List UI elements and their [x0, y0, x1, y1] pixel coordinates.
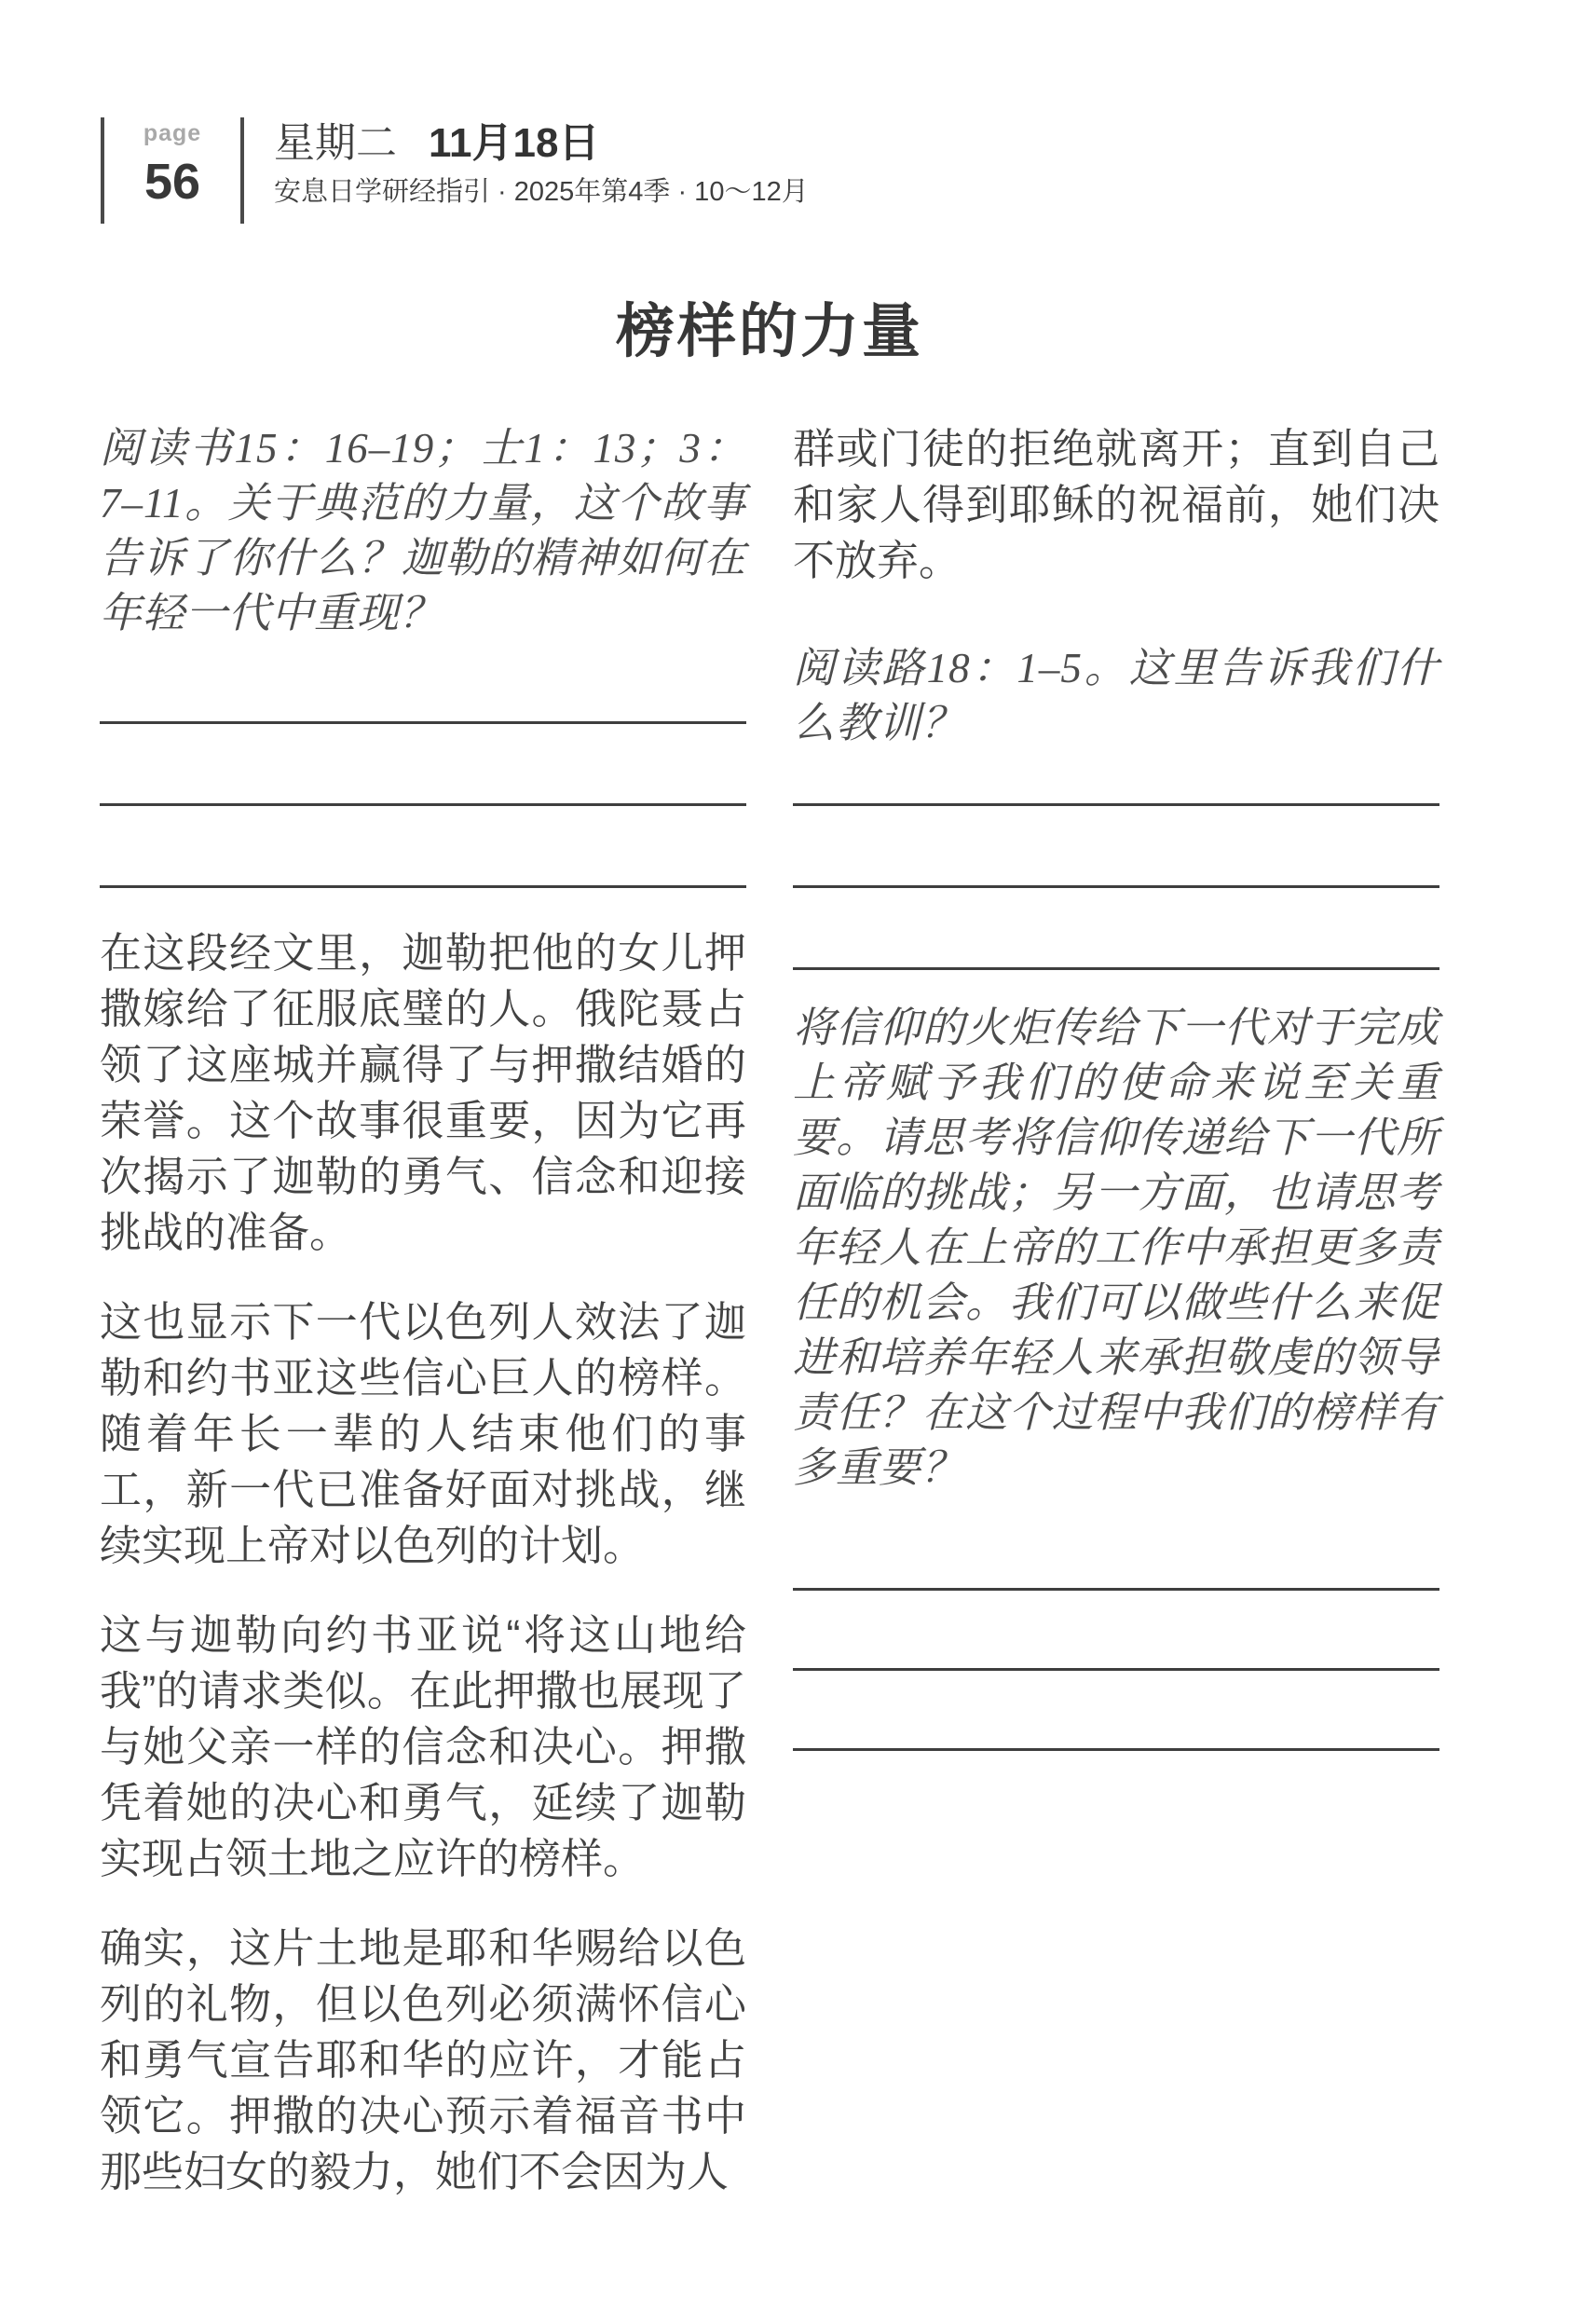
page-number: 56	[144, 153, 200, 211]
header-rule-middle	[240, 117, 244, 224]
right-column: 群或门徒的拒绝就离开；直到自己和家人得到耶稣的祝福前，她们决不放弃。 阅读路18…	[793, 421, 1439, 2200]
answer-line	[793, 751, 1439, 806]
body-paragraph-3: 这与迦勒向约书亚说“将这山地给我”的请求类似。在此押撒也展现了与她父亲一样的信念…	[100, 1607, 746, 1887]
answer-lines-group-2	[793, 751, 1439, 970]
page-label: page	[143, 119, 201, 147]
answer-line	[793, 806, 1439, 888]
date-block: 星期二11月18日 安息日学研经指引 · 2025年第4季 · 10～12月	[274, 117, 809, 224]
body-paragraph-2: 这也显示下一代以色列人效法了迦勒和约书亚这些信心巨人的榜样。随着年长一辈的人结束…	[100, 1294, 746, 1574]
date-label: 11月18日	[429, 120, 599, 166]
page-header: page 56 星期二11月18日 安息日学研经指引 · 2025年第4季 · …	[101, 117, 809, 224]
lesson-title: 榜样的力量	[100, 298, 1439, 365]
question-paragraph-1: 阅读书15：16–19；士1：13；3：7–11。关于典范的力量，这个故事告诉了…	[100, 421, 746, 641]
answer-line	[100, 724, 746, 806]
answer-lines-group-1	[100, 641, 746, 888]
question-paragraph-2: 阅读路18：1–5。这里告诉我们什么教训？	[793, 641, 1439, 751]
reflection-paragraph: 将信仰的火炬传给下一代对于完成上帝赋予我们的使命来说至关重要。请思考将信仰传递给…	[793, 1001, 1439, 1496]
document-page: { "header": { "page_label": "page", "pag…	[0, 0, 1596, 2311]
left-column: 阅读书15：16–19；士1：13；3：7–11。关于典范的力量，这个故事告诉了…	[100, 421, 746, 2200]
answer-line	[793, 888, 1439, 970]
page-number-block: page 56	[104, 117, 240, 224]
weekday-label: 星期二	[274, 120, 397, 166]
answer-line	[793, 1591, 1439, 1671]
content-columns: 阅读书15：16–19；士1：13；3：7–11。关于典范的力量，这个故事告诉了…	[100, 421, 1439, 2200]
continuation-paragraph: 群或门徒的拒绝就离开；直到自己和家人得到耶稣的祝福前，她们决不放弃。	[793, 421, 1439, 589]
answer-line	[793, 1496, 1439, 1591]
publication-label: 安息日学研经指引 · 2025年第4季 · 10～12月	[274, 175, 809, 209]
answer-line	[100, 641, 746, 724]
answer-line	[793, 1671, 1439, 1751]
body-paragraph-1: 在这段经文里，迦勒把他的女儿押撒嫁给了征服底璧的人。俄陀聂占领了这座城并赢得了与…	[100, 925, 746, 1261]
body-paragraph-4: 确实，这片土地是耶和华赐给以色列的礼物，但以色列必须满怀信心和勇气宣告耶和华的应…	[100, 1921, 746, 2200]
answer-lines-group-3	[793, 1496, 1439, 1751]
answer-line	[100, 806, 746, 888]
date-line: 星期二11月18日	[274, 119, 809, 168]
